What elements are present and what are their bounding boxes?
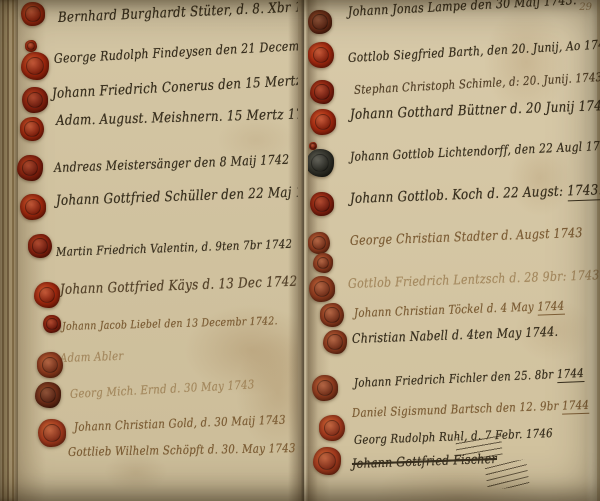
wax-seal	[308, 149, 334, 177]
book-spread: Bernhard Burghardt Stüter, d. 8. Xbr 174…	[0, 0, 600, 501]
wax-seal	[21, 52, 49, 80]
wax-seal	[310, 80, 334, 104]
register-entry: Johann Gottfried Käys d. 13 Dec 1742	[60, 274, 298, 298]
wax-seal	[21, 2, 45, 26]
wax-seal	[20, 194, 46, 220]
page-number: 29	[579, 2, 592, 13]
register-entry: Gottlieb Wilhelm Schöpft d. 30. May 1743	[68, 441, 296, 459]
register-entry: Gottlob Siegfried Barth, den 20. Junij, …	[348, 36, 600, 65]
register-entry: Adam Abler	[60, 349, 124, 365]
wax-seal	[43, 315, 61, 333]
register-entry: Christian Nabell d. 4ten May 1744.	[352, 325, 559, 347]
wax-seal	[312, 375, 338, 401]
wax-seal	[20, 117, 44, 141]
wax-seal	[25, 40, 37, 52]
wax-seal	[28, 234, 52, 258]
register-entry: George Rudolph Findeysen den 21 December…	[54, 36, 298, 67]
register-entry: Johann Gottfried Schüller den 22 Maj 174…	[56, 184, 298, 209]
wax-seal	[313, 447, 341, 475]
wax-seal	[37, 352, 63, 378]
register-entry: Johann Gotthard Büttner d. 20 Junij 1743…	[350, 98, 600, 123]
register-entry: Bernhard Burghardt Stüter, d. 8. Xbr 174…	[58, 0, 298, 26]
wax-seal	[323, 330, 347, 354]
wax-seal	[38, 419, 66, 447]
register-entry: Adam. August. Meishnern. 15 Mertz 1742	[56, 106, 298, 129]
wax-seal	[308, 232, 330, 254]
register-entry: Gottlob Friedrich Lentzsch d. 28 9br: 17…	[348, 268, 600, 292]
register-entry: Johann Christian Gold, d. 30 Maij 1743	[74, 413, 286, 434]
wax-seal	[34, 282, 60, 308]
underlined-year: 1744	[557, 366, 585, 383]
wax-seal	[22, 87, 48, 113]
register-entry: Johann Jonas Lampe den 30 Maij 1743.	[348, 0, 578, 20]
wax-seal	[308, 42, 334, 68]
wax-seal	[309, 276, 335, 302]
wax-seal	[320, 303, 344, 327]
underlined-year: 1744	[537, 299, 565, 316]
wax-seal	[308, 10, 332, 34]
register-entry: Georg Rudolph Ruhl, d. 7 Febr. 1746	[354, 426, 553, 447]
wax-seal	[313, 253, 333, 273]
ink-blot-scribble	[484, 459, 529, 491]
right-page: 29 Johann Jonas Lampe den 30 Maij 1743.G…	[308, 0, 600, 501]
book-binding-edge	[0, 0, 18, 501]
register-entry: Martin Friedrich Valentin, d. 9ten 7br 1…	[56, 237, 293, 259]
wax-seal	[35, 382, 61, 408]
register-entry: Johann Gottlob Lichtendorff, den 22 Augl…	[350, 137, 600, 164]
register-entry: Johann Friedrich Fichler den 25. 8br 174…	[354, 366, 585, 390]
register-entry: Johann Friedrich Conerus den 15 Mertz 17…	[52, 71, 298, 102]
register-entry: Daniel Sigismund Bartsch den 12. 9br 174…	[352, 398, 590, 420]
register-entry: Johann Gottlob. Koch d. 22 Augst: 1743.	[350, 182, 600, 207]
wax-seal	[310, 109, 336, 135]
register-entry: Johann Jacob Liebel den 13 Decembr 1742.	[62, 314, 278, 333]
register-entry: George Christian Stadter d. Augst 1743	[350, 226, 583, 249]
wax-seal	[319, 415, 345, 441]
ink-blot-scribble	[455, 434, 502, 459]
wax-seal	[17, 155, 43, 181]
register-entry: Georg Mich. Ernd d. 30 May 1743	[70, 377, 255, 401]
register-entry: Andreas Meistersänger den 8 Maij 1742	[54, 153, 290, 176]
underlined-year: 1743.	[567, 182, 600, 201]
register-entry: Johann Christian Töckel d. 4 May 1744	[354, 299, 565, 320]
underlined-year: 1744	[562, 398, 590, 415]
wax-seal	[310, 192, 334, 216]
register-entry: Stephan Christoph Schimle, d: 20. Junij.…	[354, 70, 600, 97]
left-page: Bernhard Burghardt Stüter, d. 8. Xbr 174…	[16, 0, 298, 501]
